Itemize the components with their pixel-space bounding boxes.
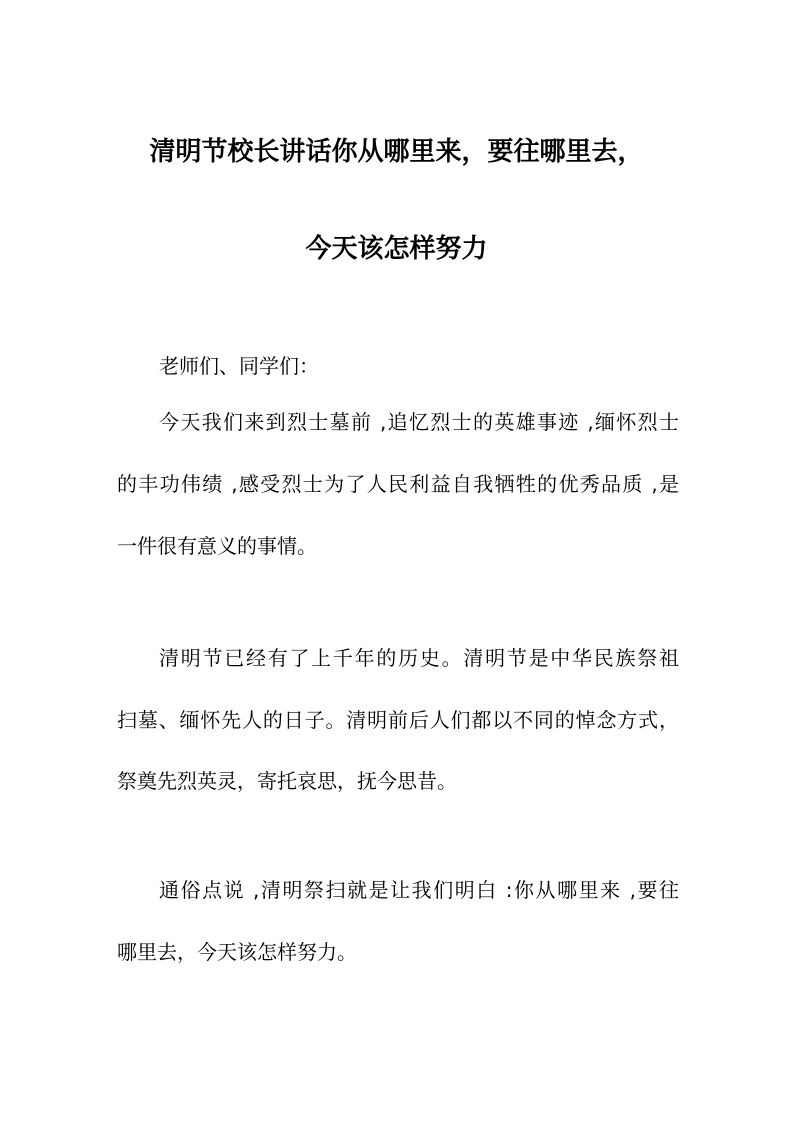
paragraph-line: 清明节已经有了上千年的历史。清明节是中华民族祭祖 xyxy=(159,644,679,672)
paragraph-line: 一件很有意义的事情。 xyxy=(117,532,679,560)
paragraph-line: 扫墓、缅怀先人的日子。清明前后人们都以不同的悼念方式， xyxy=(117,706,679,734)
paragraph-line: 今天我们来到烈士墓前 ,追忆烈士的英雄事迹 ,缅怀烈士 xyxy=(159,408,679,436)
document-title-line-2: 今天该怎样努力 xyxy=(0,232,793,266)
paragraph-line: 的丰功伟绩 ,感受烈士为了人民利益自我牺牲的优秀品质 ,是 xyxy=(117,470,679,498)
paragraph-line: 祭奠先烈英灵，寄托哀思，抚今思昔。 xyxy=(117,767,679,795)
salutation: 老师们、同学们： xyxy=(159,352,679,380)
document-page: 清明节校长讲话你从哪里来，要往哪里去， 今天该怎样努力 老师们、同学们： 今天我… xyxy=(0,0,793,1122)
paragraph-line: 哪里去，今天该怎样努力。 xyxy=(117,938,679,966)
paragraph-line: 通俗点说 ,清明祭扫就是让我们明白 :你从哪里来 ,要往 xyxy=(159,876,679,904)
document-title-line-1: 清明节校长讲话你从哪里来，要往哪里去， xyxy=(0,135,793,169)
